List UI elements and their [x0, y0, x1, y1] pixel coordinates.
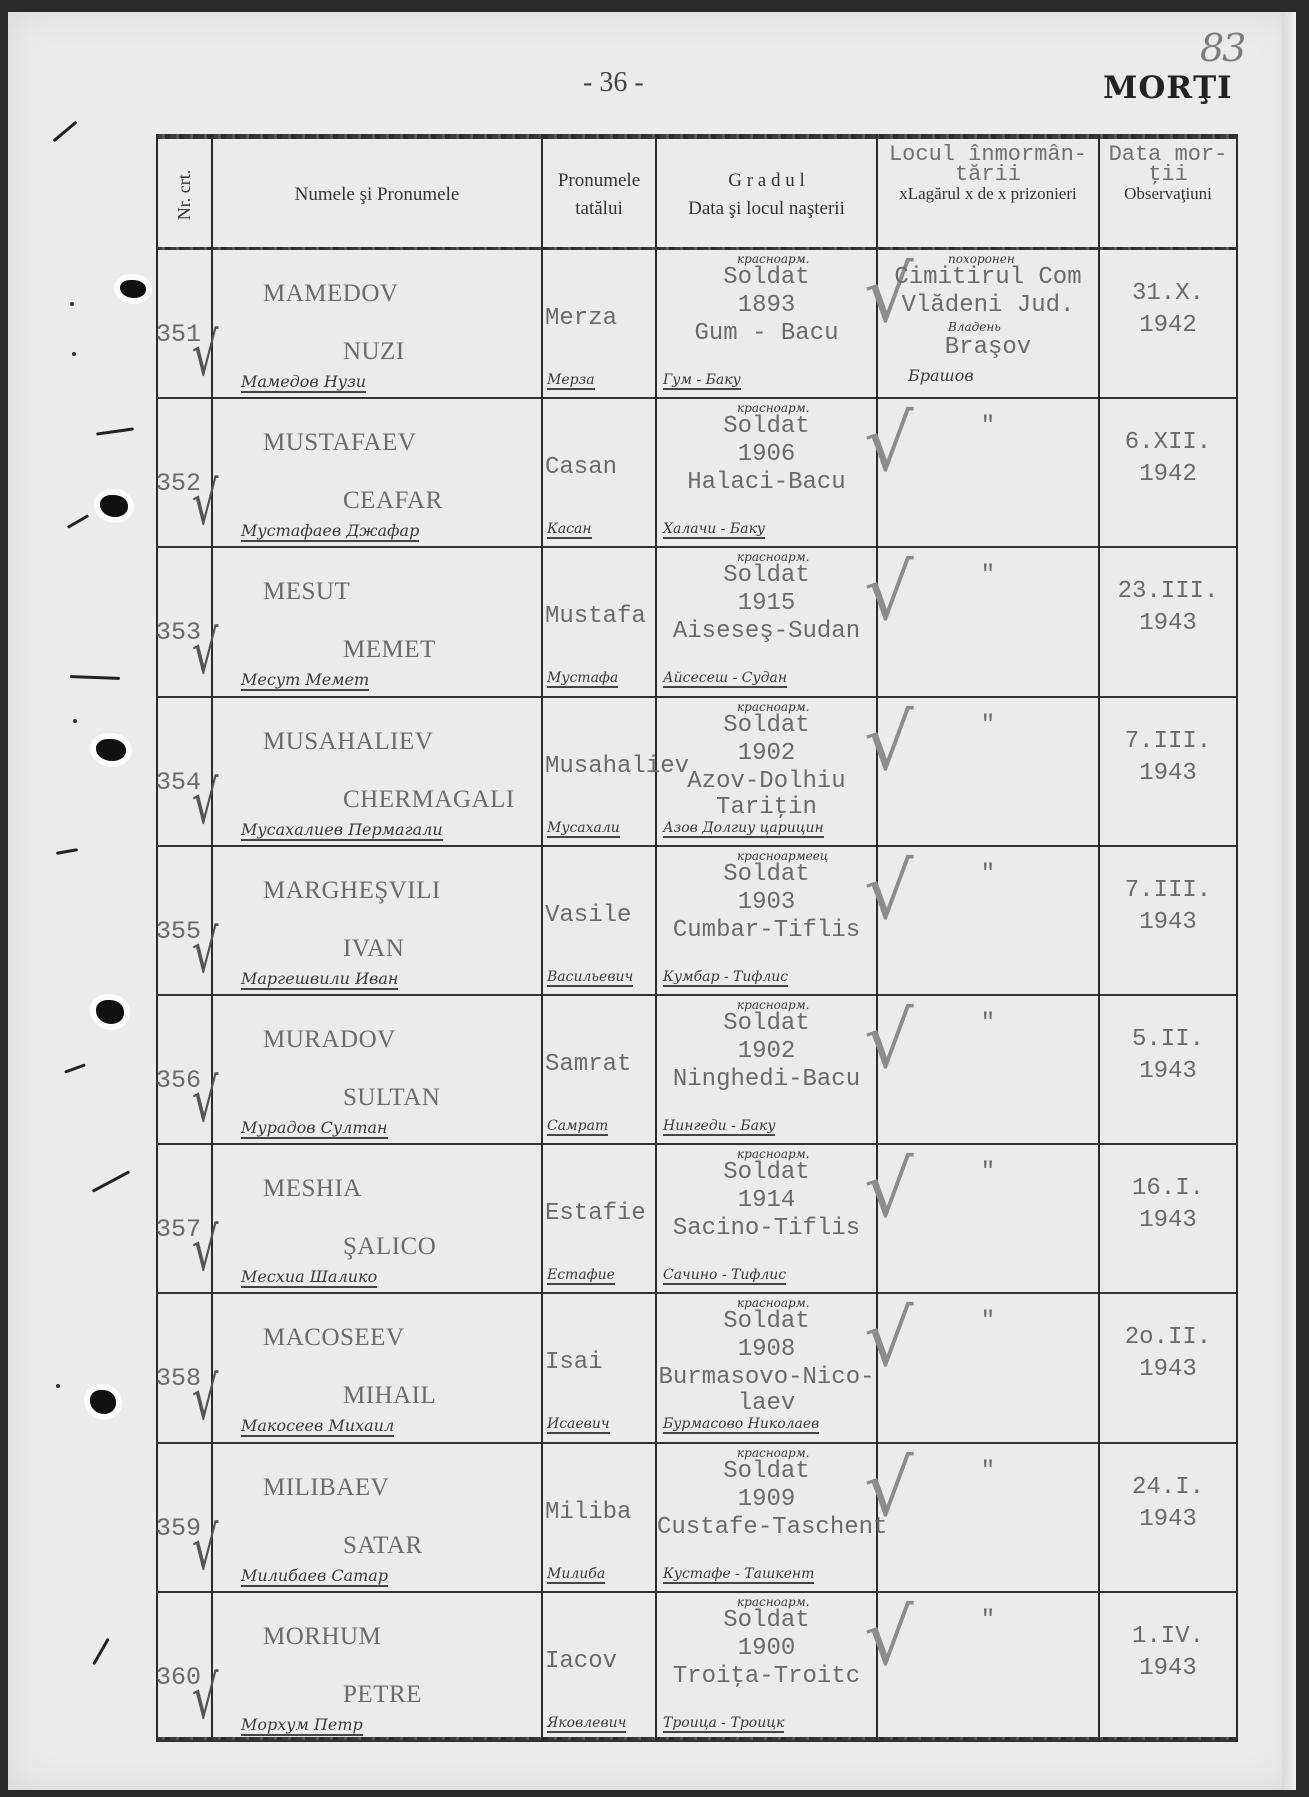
rank: Soldat: [657, 562, 876, 589]
document-page: 83 - 36 - MORŢI Nr. crt. Numele şi Pronu…: [8, 12, 1296, 1790]
cell-father: Merza Мерза: [543, 250, 655, 399]
ink-dot: [70, 302, 74, 306]
cell-death-date: 7.III. 1943: [1100, 698, 1236, 847]
birth-year: 1902: [657, 740, 876, 767]
cell-rank-birth: красноарм. Soldat 1902 Ninghedi-Bacu Нин…: [657, 996, 876, 1145]
cell-name: MARGHEŞVILI IVAN Маргешвили Иван: [213, 847, 541, 996]
birth-place-cyrillic-annotation: Халачи - Баку: [663, 521, 765, 539]
header-observations: Observaţiuni: [1124, 185, 1212, 204]
name-cyrillic-annotation: Месхиа Шалико: [241, 1267, 377, 1288]
cell-name: MUSTAFAEV CEAFAR Мустафаев Джафар: [213, 399, 541, 548]
header-rank: G r a d u l Data şi locul naşterii: [657, 139, 876, 251]
birth-year: 1902: [657, 1038, 876, 1065]
birth-place: Troiţa-Troitc: [657, 1663, 876, 1690]
burial-line-2: Vlădeni Jud.: [878, 292, 1098, 319]
cell-nr: 353 √: [156, 548, 211, 697]
cell-rank-birth: красноарм. Soldat 1906 Halaci-Bacu Халач…: [657, 399, 876, 548]
father-name: Estafie: [545, 1200, 646, 1227]
punch-hole: [120, 280, 146, 298]
cell-name: MESUT MEMET Месут Мемет: [213, 548, 541, 697]
rank: Soldat: [657, 712, 876, 739]
burial-line-2-cyrillic: Владень: [948, 320, 1001, 334]
father-cyrillic-annotation: Касан: [547, 521, 592, 539]
header-burial: Locul înmormân- tării xLagărul x de x pr…: [878, 139, 1098, 257]
cell-death-date: 6.XII. 1942: [1100, 399, 1236, 548]
given-name: IVAN: [343, 935, 404, 963]
birth-place-cyrillic-annotation: Айсесеш - Судан: [663, 670, 787, 688]
birth-year: 1908: [657, 1336, 876, 1363]
header-father: Pronumele tatălui: [543, 139, 655, 251]
surname: MUSTAFAEV: [263, 429, 416, 457]
header-nr: Nr. crt.: [158, 139, 211, 251]
surname: MESUT: [263, 578, 350, 606]
birth-place: Halaci-Bacu: [657, 469, 876, 496]
death-day-month: 6.XII.: [1100, 429, 1236, 456]
burial-line-1: ": [878, 861, 1098, 888]
rank: Soldat: [657, 264, 876, 291]
given-name: SULTAN: [343, 1084, 440, 1112]
surname: MAMEDOV: [263, 280, 398, 308]
header-father-line1: Pronumele: [558, 167, 640, 195]
cell-burial-place: √ ": [878, 1145, 1098, 1294]
cell-nr: 356 √: [156, 996, 211, 1145]
cell-death-date: 23.III. 1943: [1100, 548, 1236, 697]
cell-father: Musahaliev Мусахали: [543, 698, 655, 847]
name-cyrillic-annotation: Милибаев Сатар: [241, 1566, 388, 1587]
father-cyrillic-annotation: Васильевич: [547, 969, 633, 987]
punch-hole: [96, 1000, 124, 1024]
ink-dot: [56, 1384, 60, 1388]
cell-nr: 351 √: [156, 250, 211, 399]
header-father-line2: tatălui: [575, 195, 622, 223]
cell-death-date: 16.I. 1943: [1100, 1145, 1236, 1294]
header-name: Numele şi Pronumele: [213, 139, 541, 251]
birth-place: Cumbar-Tiflis: [657, 917, 876, 944]
father-cyrillic-annotation: Мерза: [547, 372, 595, 390]
table-row: 360 √ MORHUM PETRE Морхум Петр Iacov Яко…: [156, 1593, 1238, 1742]
register-table: Nr. crt. Numele şi Pronumele Pronumele t…: [156, 134, 1238, 1742]
cell-burial-place: √ ": [878, 1444, 1098, 1593]
cell-rank-birth: красноарм. Soldat 1902 Azov-Dolhiu Tariţ…: [657, 698, 876, 847]
tear-mark: [67, 514, 89, 529]
death-year: 1943: [1100, 1058, 1236, 1085]
header-burial-struck: xLagărul x de x prizonieri: [899, 185, 1077, 204]
given-name: ŞALICO: [343, 1233, 436, 1261]
ink-dot: [73, 719, 77, 723]
punch-hole: [96, 739, 126, 761]
name-cyrillic-annotation: Маргешвили Иван: [241, 969, 398, 990]
cell-nr: 358 √: [156, 1294, 211, 1443]
given-name: PETRE: [343, 1681, 422, 1709]
death-day-month: 16.I.: [1100, 1175, 1236, 1202]
header-rank-line2: Data şi locul naşterii: [688, 195, 845, 223]
death-day-month: 7.III.: [1100, 877, 1236, 904]
father-cyrillic-annotation: Милиба: [547, 1566, 605, 1584]
tear-mark: [92, 1170, 130, 1192]
death-year: 1942: [1100, 461, 1236, 488]
death-year: 1943: [1100, 1655, 1236, 1682]
punch-hole: [100, 495, 128, 517]
header-name-label: Numele şi Pronumele: [295, 181, 460, 209]
cell-nr: 354 √: [156, 698, 211, 847]
cell-name: MESHIA ŞALICO Месхиа Шалико: [213, 1145, 541, 1294]
folio-number: 83: [1200, 26, 1244, 70]
birth-place-cyrillic-annotation: Бурмасово Николаев: [663, 1416, 819, 1434]
cell-burial-place: √ ": [878, 1294, 1098, 1443]
birth-place-cyrillic-annotation: Кустафе - Ташкент: [663, 1566, 814, 1584]
cell-burial-place: √ ": [878, 1593, 1098, 1742]
tear-mark: [56, 848, 78, 855]
birth-place-cyrillic-annotation: Сачино - Тифлис: [663, 1267, 786, 1285]
birth-place-cyrillic-annotation: Азов Долгиу царицин: [663, 820, 824, 838]
table-row: 357 √ MESHIA ŞALICO Месхиа Шалико Estafi…: [156, 1145, 1238, 1294]
cell-burial-place: √ похоронен Cimitirul Com Vlădeni Jud. В…: [878, 250, 1098, 399]
father-cyrillic-annotation: Мусахали: [547, 820, 620, 838]
rank: Soldat: [657, 413, 876, 440]
page-edge: [1282, 12, 1296, 1790]
name-cyrillic-annotation: Мурадов Султан: [241, 1118, 388, 1139]
cell-death-date: 2o.II. 1943: [1100, 1294, 1236, 1443]
header-nr-label: Nr. crt.: [171, 170, 197, 220]
birth-place: Aiseseş-Sudan: [657, 618, 876, 645]
birth-place: Custafe-Taschent: [657, 1514, 876, 1541]
father-cyrillic-annotation: Самрат: [547, 1118, 608, 1136]
cell-burial-place: √ ": [878, 847, 1098, 996]
cell-death-date: 5.II. 1943: [1100, 996, 1236, 1145]
cell-rank-birth: красноарм. Soldat 1908 Burmasovo-Nico- l…: [657, 1294, 876, 1443]
birth-place-cyrillic-annotation: Кумбар - Тифлис: [663, 969, 788, 987]
name-cyrillic-annotation: Морхум Петр: [241, 1715, 363, 1736]
cell-burial-place: √ ": [878, 698, 1098, 847]
father-name: Iacov: [545, 1648, 617, 1675]
burial-line-1: Cimitirul Com: [878, 264, 1098, 291]
father-name: Isai: [545, 1349, 603, 1376]
burial-line-1: ": [878, 1159, 1098, 1186]
birth-place-cyrillic-annotation: Троица - Троицк: [663, 1715, 784, 1733]
given-name: SATAR: [343, 1532, 423, 1560]
cell-name: MILIBAEV SATAR Милибаев Сатар: [213, 1444, 541, 1593]
birth-place: Gum - Bacu: [657, 320, 876, 347]
cell-father: Isai Исаевич: [543, 1294, 655, 1443]
burial-line-3-cyrillic: Брашов: [908, 366, 974, 385]
cell-name: MORHUM PETRE Морхум Петр: [213, 1593, 541, 1742]
burial-line-1: ": [878, 1010, 1098, 1037]
death-day-month: 2o.II.: [1100, 1324, 1236, 1351]
death-day-month: 1.IV.: [1100, 1623, 1236, 1650]
cell-father: Samrat Самрат: [543, 996, 655, 1145]
birth-place-cyrillic-annotation: Гум - Баку: [663, 372, 741, 390]
burial-line-3: Braşov: [878, 334, 1098, 361]
death-year: 1943: [1100, 760, 1236, 787]
surname: MESHIA: [263, 1175, 362, 1203]
birth-year: 1906: [657, 441, 876, 468]
father-name: Miliba: [545, 1499, 631, 1526]
tear-mark: [53, 121, 78, 143]
cell-rank-birth: красноарм. Soldat 1914 Sacino-Tiflis Сач…: [657, 1145, 876, 1294]
cell-father: Mustafa Мустафа: [543, 548, 655, 697]
cell-rank-birth: красноарм. Soldat 1893 Gum - Bacu Гум - …: [657, 250, 876, 399]
death-day-month: 5.II.: [1100, 1026, 1236, 1053]
table-row: 355 √ MARGHEŞVILI IVAN Маргешвили Иван V…: [156, 847, 1238, 996]
father-cyrillic-annotation: Исаевич: [547, 1416, 610, 1434]
birth-year: 1900: [657, 1635, 876, 1662]
name-cyrillic-annotation: Макосеев Михаил: [241, 1416, 394, 1437]
cell-burial-place: √ ": [878, 996, 1098, 1145]
death-year: 1943: [1100, 1506, 1236, 1533]
cell-nr: 355 √: [156, 847, 211, 996]
birth-year: 1915: [657, 590, 876, 617]
birth-place-cyrillic-annotation: Нингеди - Баку: [663, 1118, 775, 1136]
given-name: CEAFAR: [343, 487, 443, 515]
punch-hole: [90, 1390, 116, 1414]
burial-line-1: ": [878, 712, 1098, 739]
cell-father: Estafie Естафие: [543, 1145, 655, 1294]
birth-place: Azov-Dolhiu: [657, 768, 876, 795]
surname: MURADOV: [263, 1026, 396, 1054]
cell-rank-birth: красноармеец Soldat 1903 Cumbar-Tiflis К…: [657, 847, 876, 996]
table-row: 354 √ MUSAHALIEV CHERMAGALI Мусахалиев П…: [156, 698, 1238, 847]
father-name: Samrat: [545, 1051, 631, 1078]
cell-rank-birth: красноарм. Soldat 1915 Aiseseş-Sudan Айс…: [657, 548, 876, 697]
cell-nr: 357 √: [156, 1145, 211, 1294]
rank: Soldat: [657, 1010, 876, 1037]
death-year: 1943: [1100, 1207, 1236, 1234]
death-year: 1942: [1100, 312, 1236, 339]
cell-death-date: 31.X. 1942: [1100, 250, 1236, 399]
rank: Soldat: [657, 1308, 876, 1335]
cell-father: Casan Касан: [543, 399, 655, 548]
burial-line-1: ": [878, 1607, 1098, 1634]
surname: MUSAHALIEV: [263, 728, 433, 756]
birth-place: Burmasovo-Nico-: [657, 1364, 876, 1391]
header-rank-line1: G r a d u l: [728, 167, 805, 195]
death-year: 1943: [1100, 610, 1236, 637]
father-name: Merza: [545, 305, 617, 332]
table-row: 356 √ MURADOV SULTAN Мурадов Султан Samr…: [156, 996, 1238, 1145]
section-title: MORŢI: [1103, 70, 1233, 106]
table-row: 358 √ MACOSEEV MIHAIL Макосеев Михаил Is…: [156, 1294, 1238, 1443]
rank: Soldat: [657, 1159, 876, 1186]
birth-year: 1903: [657, 889, 876, 916]
tear-mark: [96, 427, 134, 435]
burial-line-1: ": [878, 562, 1098, 589]
death-day-month: 7.III.: [1100, 728, 1236, 755]
burial-line-1: ": [878, 413, 1098, 440]
rank: Soldat: [657, 1458, 876, 1485]
cell-father: Miliba Милиба: [543, 1444, 655, 1593]
cell-father: Iacov Яковлевич: [543, 1593, 655, 1742]
death-day-month: 24.I.: [1100, 1474, 1236, 1501]
name-cyrillic-annotation: Месут Мемет: [241, 670, 369, 691]
tear-mark: [70, 675, 120, 680]
rank: Soldat: [657, 1607, 876, 1634]
cell-nr: 360 √: [156, 1593, 211, 1742]
birth-place: Ninghedi-Bacu: [657, 1066, 876, 1093]
death-year: 1943: [1100, 909, 1236, 936]
father-cyrillic-annotation: Мустафа: [547, 670, 618, 688]
father-cyrillic-annotation: Яковлевич: [547, 1715, 626, 1733]
cell-death-date: 24.I. 1943: [1100, 1444, 1236, 1593]
tear-mark: [64, 1063, 86, 1073]
birth-year: 1914: [657, 1187, 876, 1214]
name-cyrillic-annotation: Мусахалиев Пермагали: [241, 820, 443, 841]
father-name: Vasile: [545, 902, 631, 929]
given-name: NUZI: [343, 338, 405, 366]
birth-year: 1909: [657, 1486, 876, 1513]
given-name: CHERMAGALI: [343, 786, 515, 814]
rank: Soldat: [657, 861, 876, 888]
death-day-month: 31.X.: [1100, 280, 1236, 307]
given-name: MIHAIL: [343, 1382, 436, 1410]
ink-dot: [72, 352, 76, 356]
birth-year: 1893: [657, 292, 876, 319]
cell-name: MURADOV SULTAN Мурадов Султан: [213, 996, 541, 1145]
given-name: MEMET: [343, 636, 436, 664]
table-row: 353 √ MESUT MEMET Месут Мемет Mustafa Му…: [156, 548, 1238, 697]
death-year: 1943: [1100, 1356, 1236, 1383]
death-day-month: 23.III.: [1100, 578, 1236, 605]
header-burial-typed-line2: tării: [955, 165, 1021, 185]
cell-father: Vasile Васильевич: [543, 847, 655, 996]
tear-mark: [92, 1638, 110, 1665]
father-name: Mustafa: [545, 603, 646, 630]
cell-rank-birth: красноарм. Soldat 1900 Troiţa-Troitc Тро…: [657, 1593, 876, 1742]
father-name: Casan: [545, 454, 617, 481]
cell-name: MUSAHALIEV CHERMAGALI Мусахалиев Пермага…: [213, 698, 541, 847]
cell-burial-place: √ ": [878, 548, 1098, 697]
header-date-typed-line2: ţii: [1148, 165, 1188, 185]
cell-nr: 352 √: [156, 399, 211, 548]
birth-place: Sacino-Tiflis: [657, 1215, 876, 1242]
cell-rank-birth: красноарм. Soldat 1909 Custafe-Taschent …: [657, 1444, 876, 1593]
birth-place-continued: Tariţin: [657, 794, 876, 821]
burial-line-1: ": [878, 1458, 1098, 1485]
name-cyrillic-annotation: Мустафаев Джафар: [241, 521, 419, 542]
header-date: Data mor- ţii Observaţiuni: [1100, 139, 1236, 257]
birth-place-continued: laev: [657, 1390, 876, 1417]
table-row: 351 √ MAMEDOV NUZI Мамедов Нузи Merza Ме…: [156, 250, 1238, 399]
page-number: - 36 -: [583, 67, 644, 99]
surname: MARGHEŞVILI: [263, 877, 441, 905]
table-row: 352 √ MUSTAFAEV CEAFAR Мустафаев Джафар …: [156, 399, 1238, 548]
surname: MILIBAEV: [263, 1474, 389, 1502]
cell-nr: 359 √: [156, 1444, 211, 1593]
cell-burial-place: √ ": [878, 399, 1098, 548]
cell-name: MACOSEEV MIHAIL Макосеев Михаил: [213, 1294, 541, 1443]
cell-death-date: 1.IV. 1943: [1100, 1593, 1236, 1742]
name-cyrillic-annotation: Мамедов Нузи: [241, 372, 366, 393]
surname: MACOSEEV: [263, 1324, 405, 1352]
father-cyrillic-annotation: Естафие: [547, 1267, 615, 1285]
table-row: 359 √ MILIBAEV SATAR Милибаев Сатар Mili…: [156, 1444, 1238, 1593]
burial-line-1: ": [878, 1308, 1098, 1335]
cell-name: MAMEDOV NUZI Мамедов Нузи: [213, 250, 541, 399]
surname: MORHUM: [263, 1623, 381, 1651]
cell-death-date: 7.III. 1943: [1100, 847, 1236, 996]
